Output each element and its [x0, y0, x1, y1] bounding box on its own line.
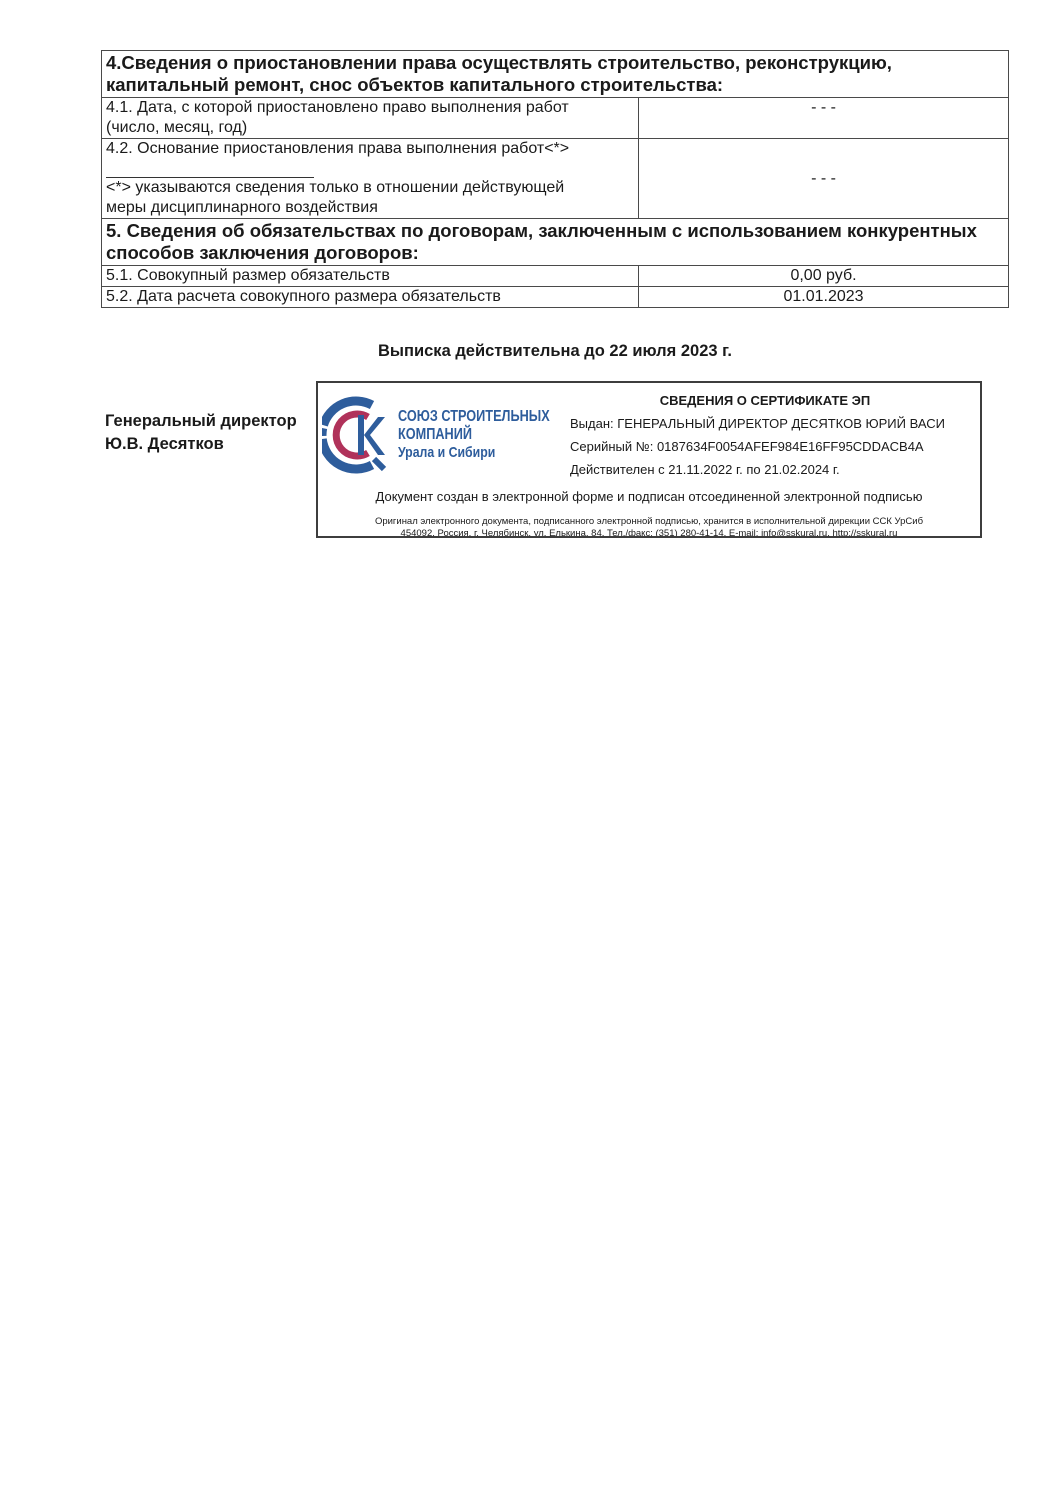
- row-4-1-value: - - -: [639, 98, 1009, 139]
- signer-position: Генеральный директор: [105, 410, 297, 433]
- section-4-title: 4.Сведения о приостановлении права осуще…: [102, 51, 1009, 98]
- footnote-divider: [106, 177, 314, 178]
- certificate-footer: Оригинал электронного документа, подписа…: [318, 516, 980, 538]
- certificate-serial: Серийный №: 0187634F0054AFEF984E16FF95CD…: [570, 439, 960, 454]
- table-row: 5.2. Дата расчета совокупного размера об…: [102, 287, 1009, 308]
- footnote: <*> указываются сведения только в отноше…: [106, 179, 564, 196]
- row-4-1-label: 4.1. Дата, с которой приостановлено прав…: [102, 98, 639, 139]
- registry-extract-table: 4.Сведения о приостановлении права осуще…: [101, 50, 1009, 308]
- row-4-2-value: - - -: [639, 139, 1009, 219]
- signer-block: Генеральный директор Ю.В. Десятков: [105, 410, 297, 456]
- table-row: 4.2. Основание приостановления права вып…: [102, 139, 1009, 219]
- table-row: 5.1. Совокупный размер обязательств 0,00…: [102, 266, 1009, 287]
- signer-name: Ю.В. Десятков: [105, 433, 297, 456]
- logo-text: СОЮЗ СТРОИТЕЛЬНЫХ КОМПАНИЙ Урала и Сибир…: [398, 408, 550, 462]
- row-5-2-label: 5.2. Дата расчета совокупного размера об…: [102, 287, 639, 308]
- signature-certificate-stamp: СОЮЗ СТРОИТЕЛЬНЫХ КОМПАНИЙ Урала и Сибир…: [316, 381, 982, 538]
- certificate-statement: Документ создан в электронной форме и по…: [318, 489, 980, 504]
- row-5-2-value: 01.01.2023: [639, 287, 1009, 308]
- certificate-issued: Выдан: ГЕНЕРАЛЬНЫЙ ДИРЕКТОР ДЕСЯТКОВ ЮРИ…: [570, 416, 960, 431]
- validity-note: Выписка действительна до 22 июля 2023 г.: [0, 342, 1059, 361]
- row-4-2-label: 4.2. Основание приостановления права вып…: [102, 139, 639, 219]
- table-row: 4.1. Дата, с которой приостановлено прав…: [102, 98, 1009, 139]
- certificate-validity: Действителен с 21.11.2022 г. по 21.02.20…: [570, 462, 960, 477]
- row-5-1-label: 5.1. Совокупный размер обязательств: [102, 266, 639, 287]
- certificate-title: СВЕДЕНИЯ О СЕРТИФИКАТЕ ЭП: [570, 393, 960, 408]
- row-5-1-value: 0,00 руб.: [639, 266, 1009, 287]
- sskural-logo-icon: [322, 395, 392, 475]
- section-5-title: 5. Сведения об обязательствах по договор…: [102, 219, 1009, 266]
